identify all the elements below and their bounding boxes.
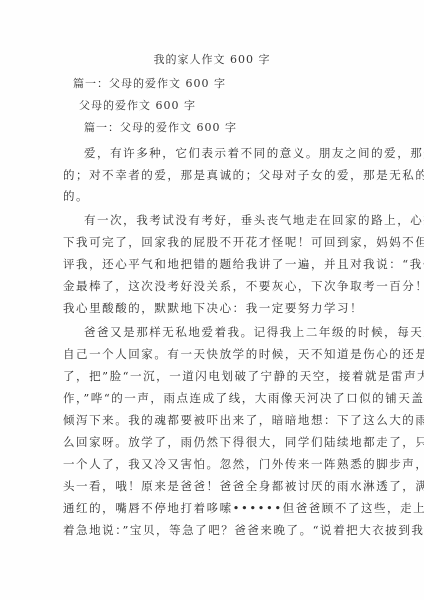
- paragraph-line: 一个人了，我又冷又害怕。忽然，门外传来一阵熟悉的脚步声，我探出: [63, 457, 424, 471]
- paragraph-line: 着急地说：”宝贝，等急了吧？爸爸来晚了。“说着把大衣披到我身: [63, 523, 424, 537]
- section-subtitle: 父母的爱作文 600 字: [79, 99, 196, 113]
- paragraph-line: 评我，还心平气和地把错的题给我讲了一遍，并且对我说：“我们家千: [63, 257, 424, 271]
- paragraph-line: 有一次，我考试没有考好，垂头丧气地走在回家的路上，心想：这: [84, 213, 424, 227]
- document-title: 我的家人作文 600 字: [0, 53, 424, 67]
- paragraph-line: 了，把”脸“一沉，一道闪电划破了宁静的天空，接着就是雷声大: [63, 369, 424, 383]
- paragraph-line: 倾泻下来。我的魂都要被吓出来了，暗暗地想：下了这么大的雨，我怎: [63, 413, 424, 427]
- paragraph-line: 的；对不幸者的爱，那是真诚的；父母对子女的爱，那是无私的，宝贵: [63, 168, 424, 182]
- paragraph-line: 么回家呀。放学了，雨仍然下得很大，同学们陆续地都走了，只剩下我: [63, 435, 424, 449]
- paragraph-line: 的。: [63, 189, 89, 203]
- paragraph-line: 作，”哗“的一声，雨点连成了线，大雨像天河决了口似的铺天盖地的: [63, 391, 424, 405]
- paragraph-line: 头一看，哦！原来是爸爸！爸爸全身都被讨厌的雨水淋透了，满脸通红: [63, 479, 424, 493]
- paragraph-line: 我心里酸酸的，默默地下决心：我一定要努力学习！: [63, 301, 363, 315]
- section-heading: 篇一：父母的爱作文 600 字: [73, 77, 226, 91]
- paragraph-line: 自己一个人回家。有一天快放学的时候，天不知道是伤心的还是生气: [63, 347, 424, 361]
- paragraph-line: 下我可完了，回家我的屁股不开花才怪呢！可回到家，妈妈不但没有批: [63, 235, 424, 249]
- paragraph-line: 通红的，嘴唇不停地打着哆嗦••••••但爸爸顾不了这些，走上前: [63, 501, 424, 515]
- document-page: 我的家人作文 600 字 篇一：父母的爱作文 600 字 父母的爱作文 600 …: [0, 0, 424, 600]
- paragraph-line: 金最棒了，这次没考好没关系，不要灰心，下次争取考一百分！霎时，: [63, 279, 424, 293]
- paragraph-line: 爱，有许多种，它们表示着不同的意义。朋友之间的爱，那是纯洁: [84, 146, 424, 160]
- paragraph-line: 爸爸又是那样无私地爱着我。记得我上二年级的时候，每天上学都要: [84, 325, 424, 339]
- section-heading: 篇一：父母的爱作文 600 字: [84, 121, 237, 135]
